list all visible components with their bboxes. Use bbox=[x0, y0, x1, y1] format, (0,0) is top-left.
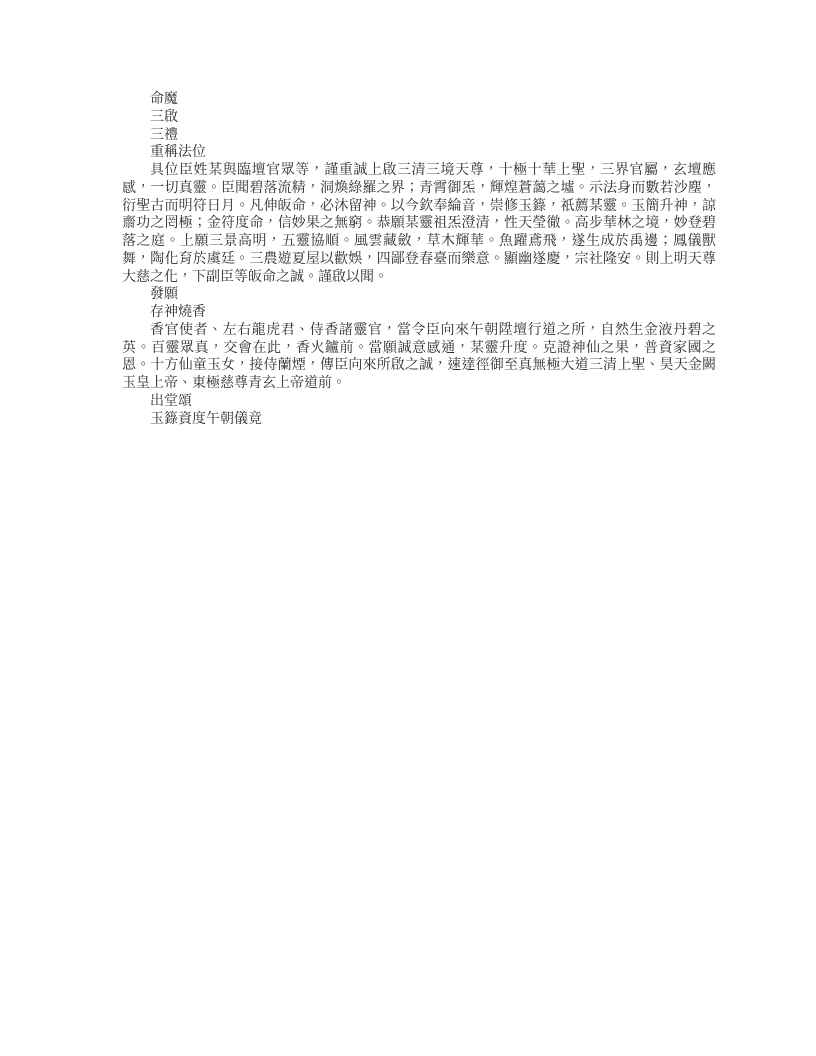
ritual-section-heading: 出堂頌 bbox=[122, 393, 716, 411]
ritual-closing-line: 玉籙資度午朝儀竟 bbox=[122, 411, 716, 429]
document-body: 命魔 三啟 三禮 重稱法位 具位臣姓某與臨壇官眾等，謹重誠上啟三清三境天尊，十極… bbox=[122, 91, 716, 428]
ritual-section-heading: 發願 bbox=[122, 286, 716, 304]
ritual-section-heading: 重稱法位 bbox=[122, 144, 716, 162]
ritual-section-heading: 三啟 bbox=[122, 109, 716, 127]
ritual-section-heading: 存神燒香 bbox=[122, 304, 716, 322]
ritual-paragraph: 香官使者、左右龍虎君、侍香諸靈官，當令臣向來午朝陞壇行道之所，自然生金液丹碧之英… bbox=[122, 322, 716, 393]
ritual-section-heading: 三禮 bbox=[122, 127, 716, 145]
ritual-paragraph: 具位臣姓某與臨壇官眾等，謹重誠上啟三清三境天尊，十極十華上聖，三界官屬，玄壇應感… bbox=[122, 162, 716, 286]
ritual-section-heading: 命魔 bbox=[122, 91, 716, 109]
document-page: 命魔 三啟 三禮 重稱法位 具位臣姓某與臨壇官眾等，謹重誠上啟三清三境天尊，十極… bbox=[0, 0, 816, 1056]
